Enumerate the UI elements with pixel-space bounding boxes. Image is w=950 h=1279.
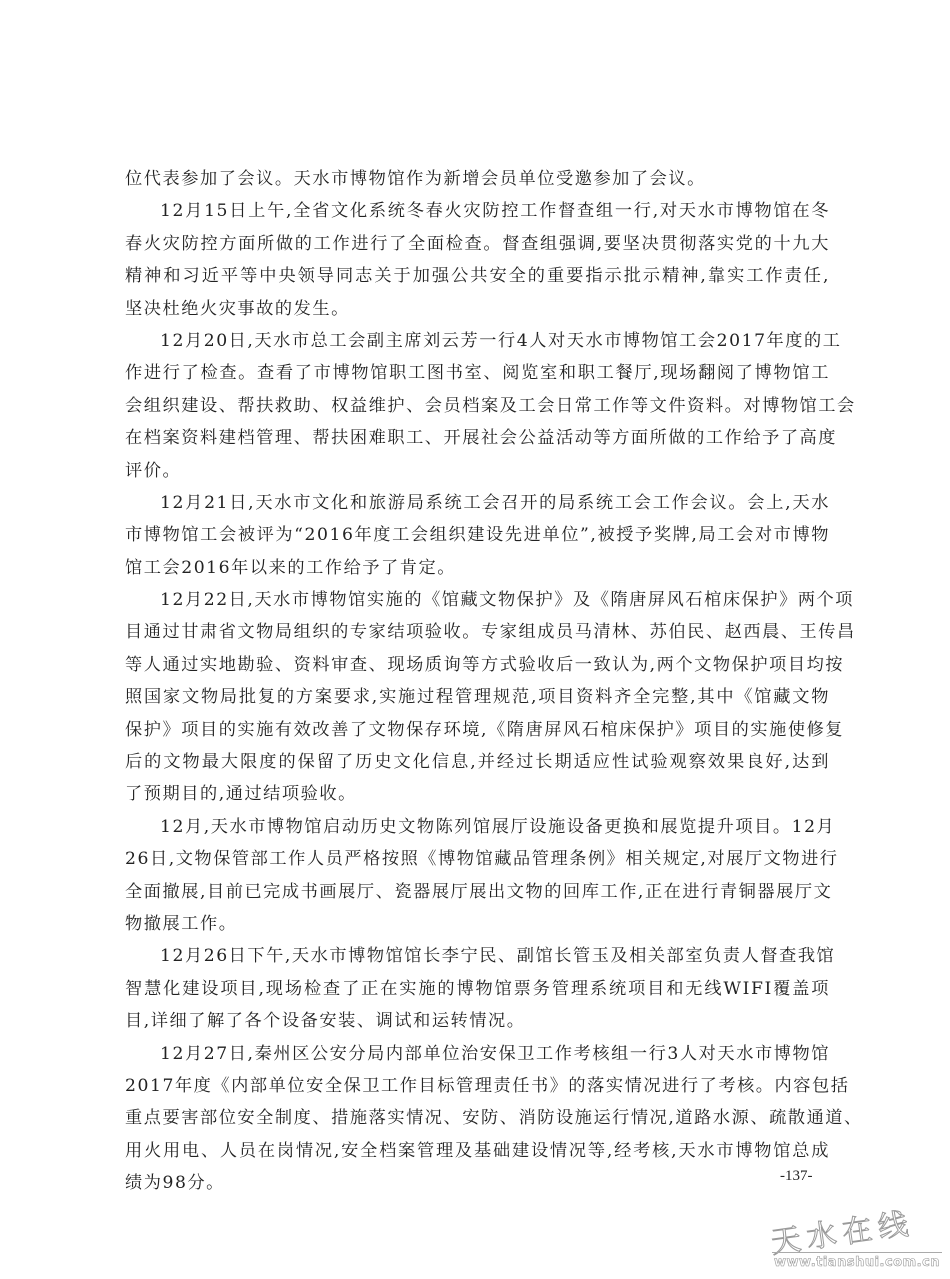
text-line: 重点要害部位安全制度、措施落实情况、安防、消防设施运行情况,道路水源、疏散通道、 bbox=[125, 1102, 830, 1134]
paragraph: 12月22日,天水市博物馆实施的《馆藏文物保护》及《隋唐屏风石棺床保护》两个项 … bbox=[125, 584, 830, 811]
text-line: 12月27日,秦州区公安分局内部单位治安保卫工作考核组一行3人对天水市博物馆 bbox=[125, 1038, 830, 1070]
text-line: 后的文物最大限度的保留了历史文化信息,并经过长期适应性试验观察效果良好,达到 bbox=[125, 746, 830, 778]
text-line: 12月15日上午,全省文化系统冬春火灾防控工作督查组一行,对天水市博物馆在冬 bbox=[125, 195, 830, 227]
watermark-url: www.tianshui.com.cn bbox=[774, 1255, 940, 1270]
text-line: 智慧化建设项目,现场检查了正在实施的博物馆票务管理系统项目和无线WIFI覆盖项 bbox=[125, 973, 830, 1005]
text-line: 保护》项目的实施有效改善了文物保存环境,《隋唐屏风石棺床保护》项目的实施使修复 bbox=[125, 714, 830, 746]
text-line: 目,详细了解了各个设备安装、调试和运转情况。 bbox=[125, 1005, 830, 1037]
text-line: 照国家文物局批复的方案要求,实施过程管理规范,项目资料齐全完整,其中《馆藏文物 bbox=[125, 681, 830, 713]
text-line: 物撤展工作。 bbox=[125, 908, 830, 940]
text-line: 评价。 bbox=[125, 455, 830, 487]
text-line: 12月20日,天水市总工会副主席刘云芳一行4人对天水市博物馆工会2017年度的工 bbox=[125, 325, 830, 357]
paragraph: 12月15日上午,全省文化系统冬春火灾防控工作督查组一行,对天水市博物馆在冬 春… bbox=[125, 195, 830, 325]
text-line: 用火用电、人员在岗情况,安全档案管理及基础建设情况等,经考核,天水市博物馆总成 bbox=[125, 1135, 830, 1167]
text-line: 绩为98分。 bbox=[125, 1167, 830, 1199]
text-line: 12月22日,天水市博物馆实施的《馆藏文物保护》及《隋唐屏风石棺床保护》两个项 bbox=[125, 584, 830, 616]
watermark-logo: 天水在线 www.tianshui.com.cn bbox=[770, 1208, 948, 1274]
text-line: 2017年度《内部单位安全保卫工作目标管理责任书》的落实情况进行了考核。内容包括 bbox=[125, 1070, 830, 1102]
paragraph: 12月27日,秦州区公安分局内部单位治安保卫工作考核组一行3人对天水市博物馆 2… bbox=[125, 1038, 830, 1200]
paragraph: 12月21日,天水市文化和旅游局系统工会召开的局系统工会工作会议。会上,天水 市… bbox=[125, 487, 830, 584]
watermark-divider bbox=[772, 1252, 942, 1253]
text-line: 12月21日,天水市文化和旅游局系统工会召开的局系统工会工作会议。会上,天水 bbox=[125, 487, 830, 519]
text-line: 在档案资料建档管理、帮扶困难职工、开展社会公益活动等方面所做的工作给予了高度 bbox=[125, 422, 830, 454]
text-line: 春火灾防控方面所做的工作进行了全面检查。督查组强调,要坚决贯彻落实党的十九大 bbox=[125, 228, 830, 260]
page-number: -137- bbox=[780, 1168, 813, 1185]
text-line: 12月,天水市博物馆启动历史文物陈列馆展厅设施设备更换和展览提升项目。12月 bbox=[125, 811, 830, 843]
text-line: 目通过甘肃省文物局组织的专家结项验收。专家组成员马清林、苏伯民、赵西晨、王传昌 bbox=[125, 616, 830, 648]
text-line: 了预期目的,通过结项验收。 bbox=[125, 778, 830, 810]
text-line: 精神和习近平等中央领导同志关于加强公共安全的重要指示批示精神,靠实工作责任, bbox=[125, 260, 830, 292]
paragraph: 12月26日下午,天水市博物馆馆长李宁民、副馆长管玉及相关部室负责人督查我馆 智… bbox=[125, 940, 830, 1037]
paragraph: 12月,天水市博物馆启动历史文物陈列馆展厅设施设备更换和展览提升项目。12月 2… bbox=[125, 811, 830, 941]
text-line: 26日,文物保管部工作人员严格按照《博物馆藏品管理条例》相关规定,对展厅文物进行 bbox=[125, 843, 830, 875]
paragraph: 位代表参加了会议。天水市博物馆作为新增会员单位受邀参加了会议。 bbox=[125, 163, 830, 195]
document-body: 位代表参加了会议。天水市博物馆作为新增会员单位受邀参加了会议。 12月15日上午… bbox=[125, 163, 830, 1200]
text-line: 12月26日下午,天水市博物馆馆长李宁民、副馆长管玉及相关部室负责人督查我馆 bbox=[125, 940, 830, 972]
text-line: 全面撤展,目前已完成书画展厅、瓷器展厅展出文物的回库工作,正在进行青铜器展厅文 bbox=[125, 876, 830, 908]
text-line: 作进行了检查。查看了市博物馆职工图书室、阅览室和职工餐厅,现场翻阅了博物馆工 bbox=[125, 357, 830, 389]
text-line: 会组织建设、帮扶救助、权益维护、会员档案及工会日常工作等文件资料。对博物馆工会 bbox=[125, 390, 830, 422]
text-line: 位代表参加了会议。天水市博物馆作为新增会员单位受邀参加了会议。 bbox=[125, 163, 830, 195]
text-line: 馆工会2016年以来的工作给予了肯定。 bbox=[125, 552, 830, 584]
paragraph: 12月20日,天水市总工会副主席刘云芳一行4人对天水市博物馆工会2017年度的工… bbox=[125, 325, 830, 487]
text-line: 坚决杜绝火灾事故的发生。 bbox=[125, 293, 830, 325]
text-line: 等人通过实地勘验、资料审查、现场质询等方式验收后一致认为,两个文物保护项目均按 bbox=[125, 649, 830, 681]
text-line: 市博物馆工会被评为“2016年度工会组织建设先进单位”,被授予奖牌,局工会对市博… bbox=[125, 519, 830, 551]
